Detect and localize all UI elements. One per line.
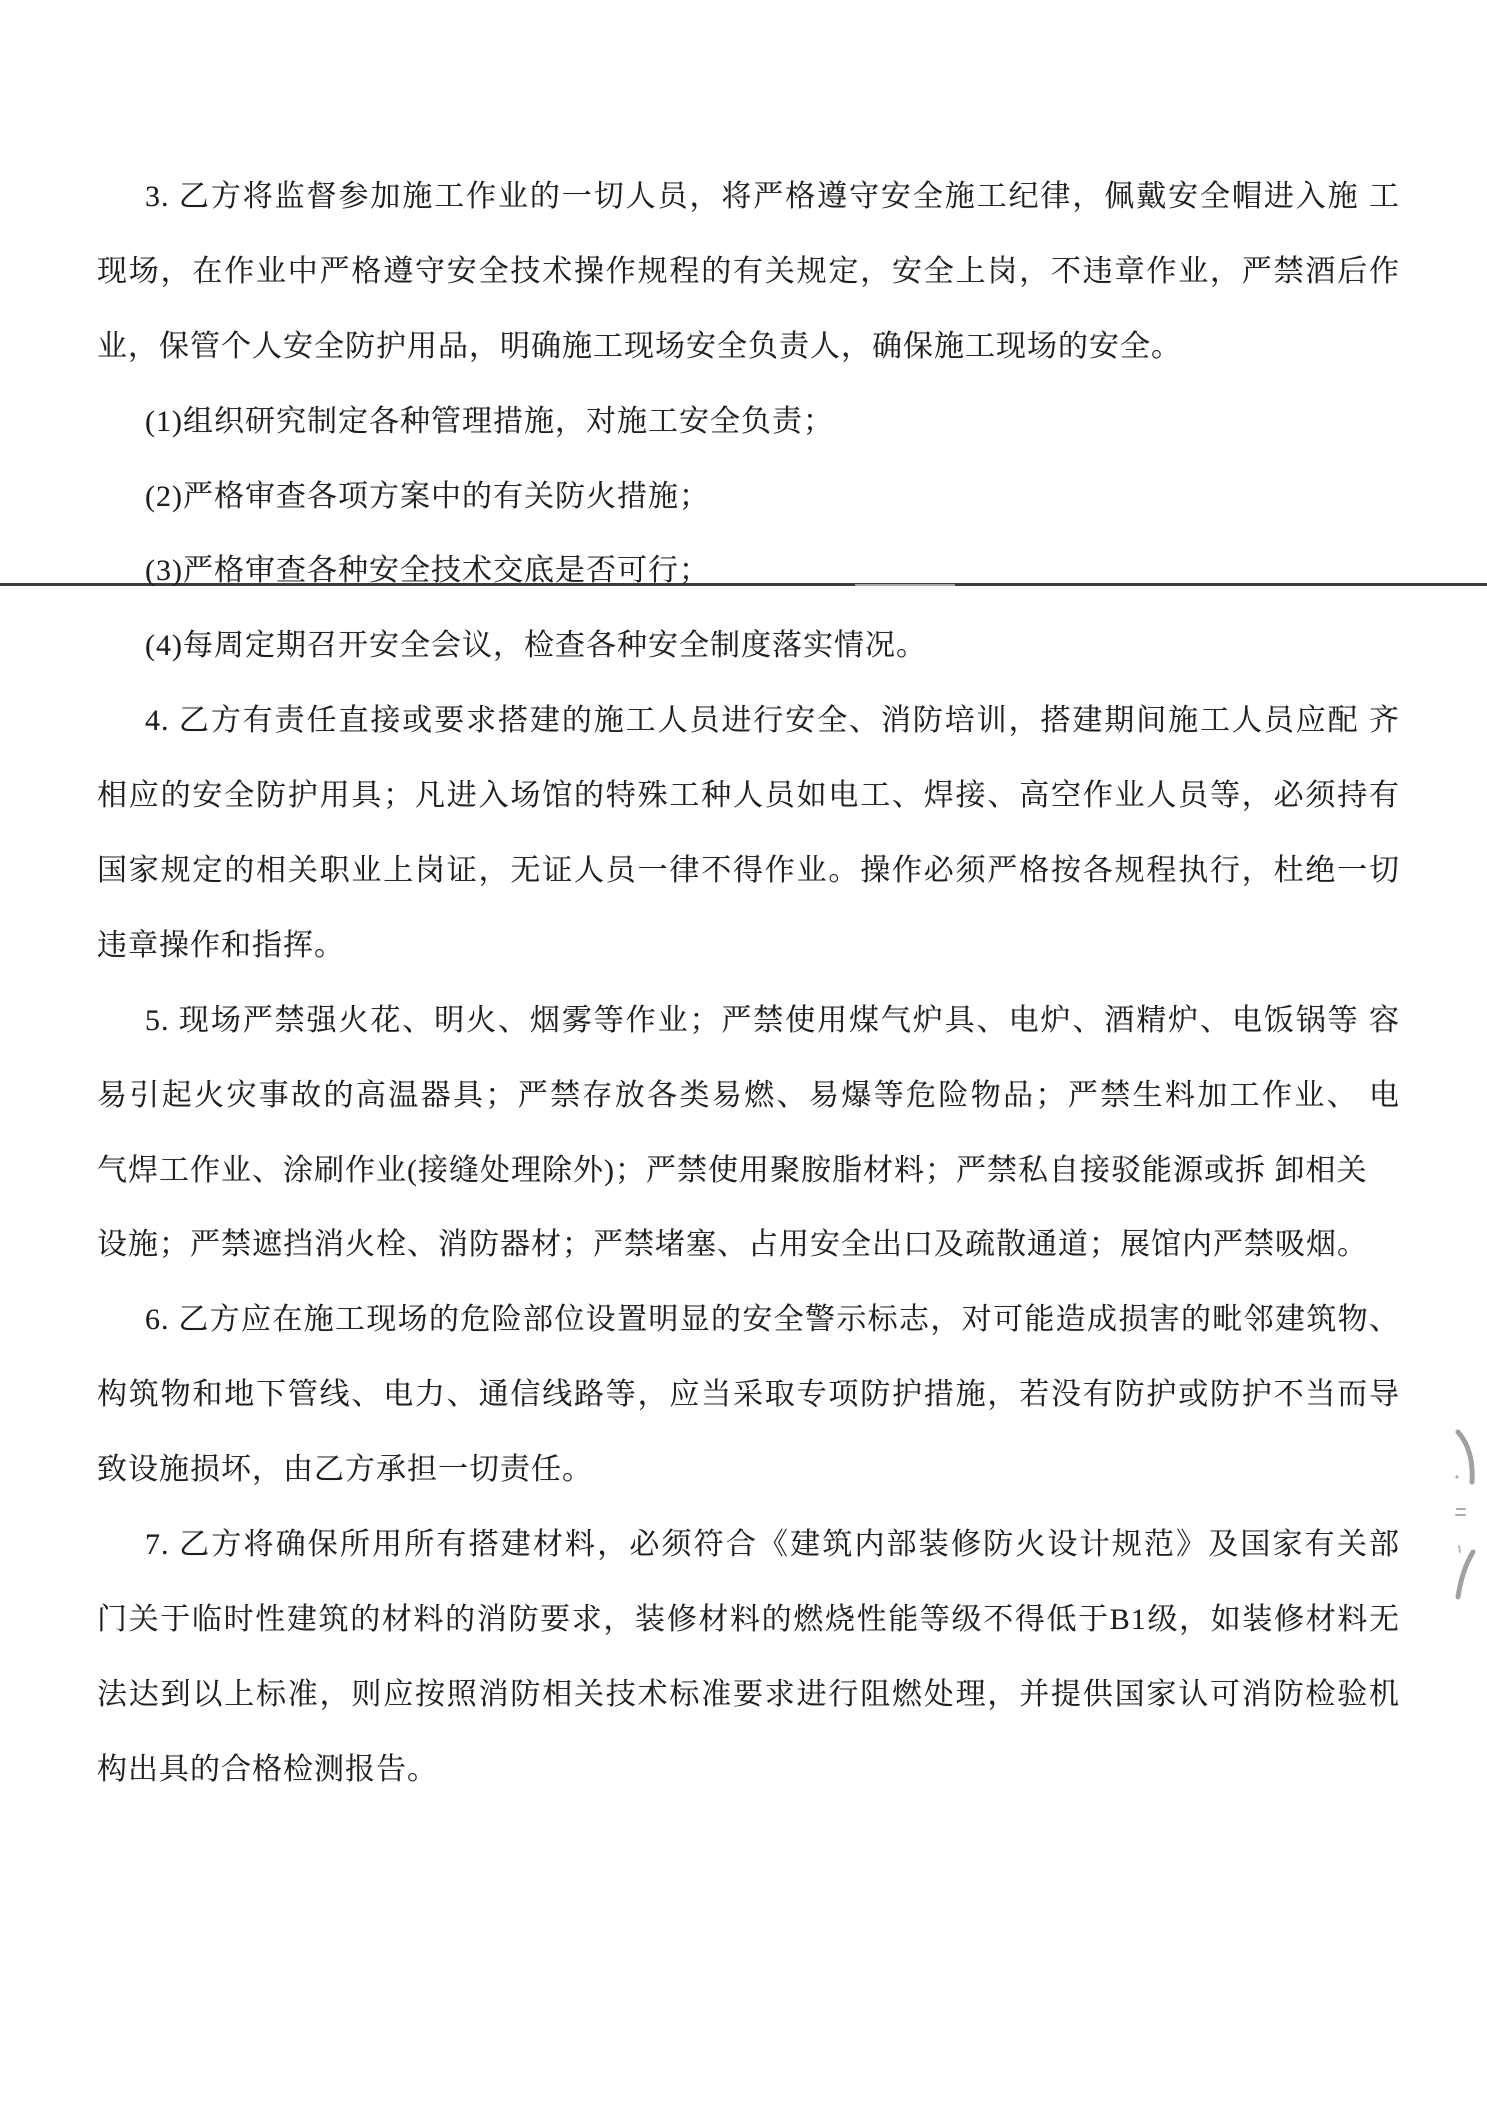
clause-4: 4. 乙方有责任直接或要求搭建的施工人员进行安全、消防培训，搭建期间施工人员应配… [97,684,1400,984]
text-line: 构出具的合格检测报告。 [97,1733,1400,1808]
smudge-dashes [1456,1509,1465,1515]
text-line: 致设施损坏，由乙方承担一切责任。 [97,1433,1400,1508]
clause-7: 7. 乙方将确保所用所有搭建材料，必须符合《建筑内部装修防火设计规范》及国家有关… [97,1508,1400,1808]
text-line: 业，保管个人安全防护用品，明确施工现场安全负责人，确保施工现场的安全。 [97,310,1400,385]
text-line: 易引起火灾事故的高温器具；严禁存放各类易燃、易爆等危险物品；严禁生料加工作业、 … [97,1059,1400,1134]
text-line: 相应的安全防护用具；凡进入场馆的特殊工种人员如电工、焊接、高空作业人员等，必须持… [97,759,1400,834]
text-line: 设施；严禁遮挡消火栓、消防器材；严禁堵塞、占用安全出口及疏散通道；展馆内严禁吸烟… [97,1208,1400,1283]
text-line: 法达到以上标准，则应按照消防相关技术标准要求进行阻燃处理，并提供国家认可消防检验… [97,1658,1400,1733]
text-line: 5. 现场严禁强火花、明火、烟雾等作业；严禁使用煤气炉具、电炉、酒精炉、电饭锅等… [97,984,1400,1059]
smudge-speck [1455,1475,1458,1478]
text-line: 3. 乙方将监督参加施工作业的一切人员，将严格遵守安全施工纪律，佩戴安全帽进入施… [97,160,1400,235]
clause-3-item-3: (3)严格审查各种安全技术交底是否可行； [97,534,1400,609]
clause-5: 5. 现场严禁强火花、明火、烟雾等作业；严禁使用煤气炉具、电炉、酒精炉、电饭锅等… [97,984,1400,1284]
scan-smudge-artifacts [1440,1420,1487,1630]
text-line: 6. 乙方应在施工现场的危险部位设置明显的安全警示标志，对可能造成损害的毗邻建筑… [97,1283,1400,1358]
text-line: 违章操作和指挥。 [97,909,1400,984]
clause-3-item-2: (2)严格审查各项方案中的有关防火措施； [97,460,1400,535]
text-line: 国家规定的相关职业上岗证，无证人员一律不得作业。操作必须严格按各规程执行，杜绝一… [97,834,1400,909]
contract-body: 3. 乙方将监督参加施工作业的一切人员，将严格遵守安全施工纪律，佩戴安全帽进入施… [97,160,1400,1808]
text-line: 气焊工作业、涂刷作业(接缝处理除外)；严禁使用聚胺脂材料；严禁私自接驳能源或拆 … [97,1134,1400,1209]
clause-3-item-1: (1)组织研究制定各种管理措施，对施工安全负责； [97,385,1400,460]
text-line: 门关于临时性建筑的材料的消防要求，装修材料的燃烧性能等级不得低于B1级，如装修材… [97,1583,1400,1658]
text-line: 构筑物和地下管线、电力、通信线路等，应当采取专项防护措施，若没有防护或防护不当而… [97,1358,1400,1433]
text-line: (4)每周定期召开安全会议，检查各种安全制度落实情况。 [97,609,1400,684]
text-line: (2)严格审查各项方案中的有关防火措施； [97,460,1400,535]
clause-3: 3. 乙方将监督参加施工作业的一切人员，将严格遵守安全施工纪律，佩戴安全帽进入施… [97,160,1400,385]
text-line: (1)组织研究制定各种管理措施，对施工安全负责； [97,385,1400,460]
clause-3-item-4: (4)每周定期召开安全会议，检查各种安全制度落实情况。 [97,609,1400,684]
text-line: 4. 乙方有责任直接或要求搭建的施工人员进行安全、消防培训，搭建期间施工人员应配… [97,684,1400,759]
smudge-tick [1459,1546,1460,1552]
smudge-crescent-bottom [1458,1552,1473,1597]
text-line: 现场，在作业中严格遵守安全技术操作规程的有关规定，安全上岗，不违章作业，严禁酒后… [97,235,1400,310]
smudge-crescent-top [1458,1432,1472,1482]
scanned-contract-page: 3. 乙方将监督参加施工作业的一切人员，将严格遵守安全施工纪律，佩戴安全帽进入施… [0,0,1487,2102]
text-line: 7. 乙方将确保所用所有搭建材料，必须符合《建筑内部装修防火设计规范》及国家有关… [97,1508,1400,1583]
text-line: (3)严格审查各种安全技术交底是否可行； [97,534,1400,609]
clause-6: 6. 乙方应在施工现场的危险部位设置明显的安全警示标志，对可能造成损害的毗邻建筑… [97,1283,1400,1508]
